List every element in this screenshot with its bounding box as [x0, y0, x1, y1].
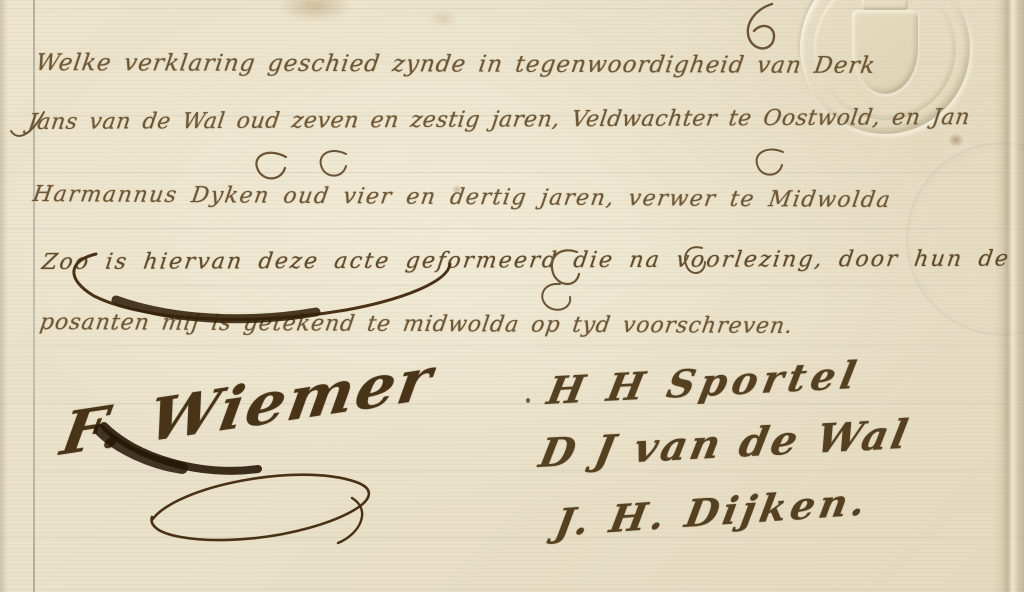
loop-flourish [757, 150, 783, 175]
left-page-edge [0, 0, 8, 592]
loop-flourish [542, 284, 570, 310]
ruled-line [0, 228, 1024, 229]
ruled-line [0, 285, 1024, 286]
manuscript-line-2: Jans van de Wal oud zeven en zestig jare… [26, 105, 971, 135]
manuscript-line-5: posanten mij is getekend te midwolda op … [38, 310, 795, 339]
manuscript-line-4: Zoo is hiervan deze acte geformeerd die … [40, 246, 1024, 275]
margin-line [33, 0, 35, 592]
seal-crown [862, 0, 908, 10]
paper-stain [428, 8, 458, 28]
loop-flourish [256, 153, 286, 179]
signature-official: F. Wiemer [56, 345, 438, 470]
ruled-line [0, 589, 1024, 590]
ruled-line [0, 172, 1024, 173]
right-page-fold [994, 0, 1024, 592]
paper-stain [948, 133, 964, 147]
ruled-line [0, 470, 1024, 471]
manuscript-page: Welke verklaring geschied zynde in tegen… [0, 0, 1024, 592]
loop-flourish [748, 4, 774, 48]
signature-dijken: J. H. Dijken. [552, 479, 873, 545]
manuscript-line-1: Welke verklaring geschied zynde in tegen… [34, 50, 877, 79]
signature-van-de-wal: D J van de Wal [535, 411, 914, 477]
ruled-line [0, 537, 1024, 538]
manuscript-line-3: Harmannus Dyken oud vier en dertig jaren… [31, 182, 893, 213]
ink-dot [526, 398, 530, 403]
ruled-line [0, 345, 1024, 346]
paper-stain [278, 0, 352, 22]
signature-paraph-ellipse [152, 475, 369, 540]
